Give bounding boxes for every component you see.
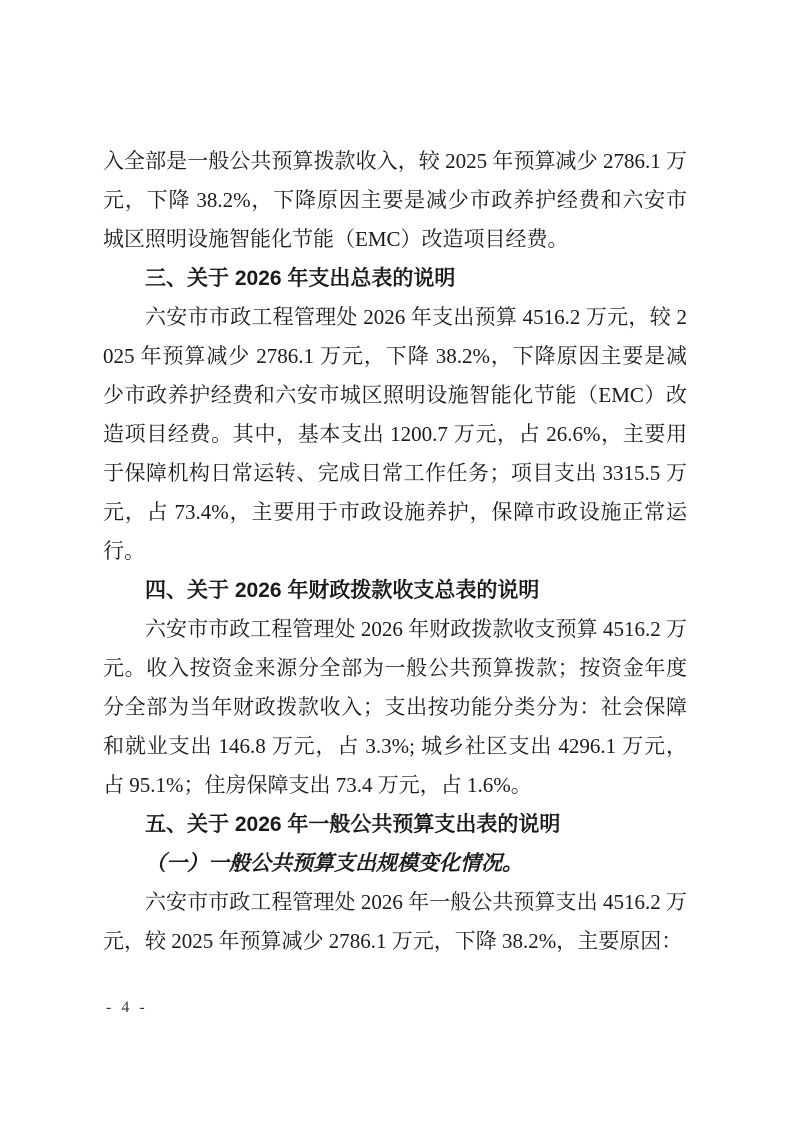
paragraph-fiscal-appropriation-summary: 六安市市政工程管理处 2026 年财政拨款收支预算 4516.2 万元。收入按资… <box>103 610 687 805</box>
sub-heading-budget-scale-change: （一）一般公共预算支出规模变化情况。 <box>103 844 687 883</box>
section-heading-fiscal-appropriation-summary: 四、关于 2026 年财政拨款收支总表的说明 <box>103 571 687 610</box>
paragraph-general-public-budget: 六安市市政工程管理处 2026 年一般公共预算支出 4516.2 万元，较 20… <box>103 883 687 961</box>
paragraph-expenditure-summary: 六安市市政工程管理处 2026 年支出预算 4516.2 万元，较 2025 年… <box>103 298 687 571</box>
document-body: 入全部是一般公共预算拨款收入，较 2025 年预算减少 2786.1 万元，下降… <box>103 142 687 961</box>
document-page: 入全部是一般公共预算拨款收入，较 2025 年预算减少 2786.1 万元，下降… <box>0 0 793 1122</box>
page-number: - 4 - <box>106 997 148 1019</box>
section-heading-expenditure-summary: 三、关于 2026 年支出总表的说明 <box>103 259 687 298</box>
paragraph-continuation: 入全部是一般公共预算拨款收入，较 2025 年预算减少 2786.1 万元，下降… <box>103 142 687 259</box>
section-heading-general-public-budget: 五、关于 2026 年一般公共预算支出表的说明 <box>103 805 687 844</box>
